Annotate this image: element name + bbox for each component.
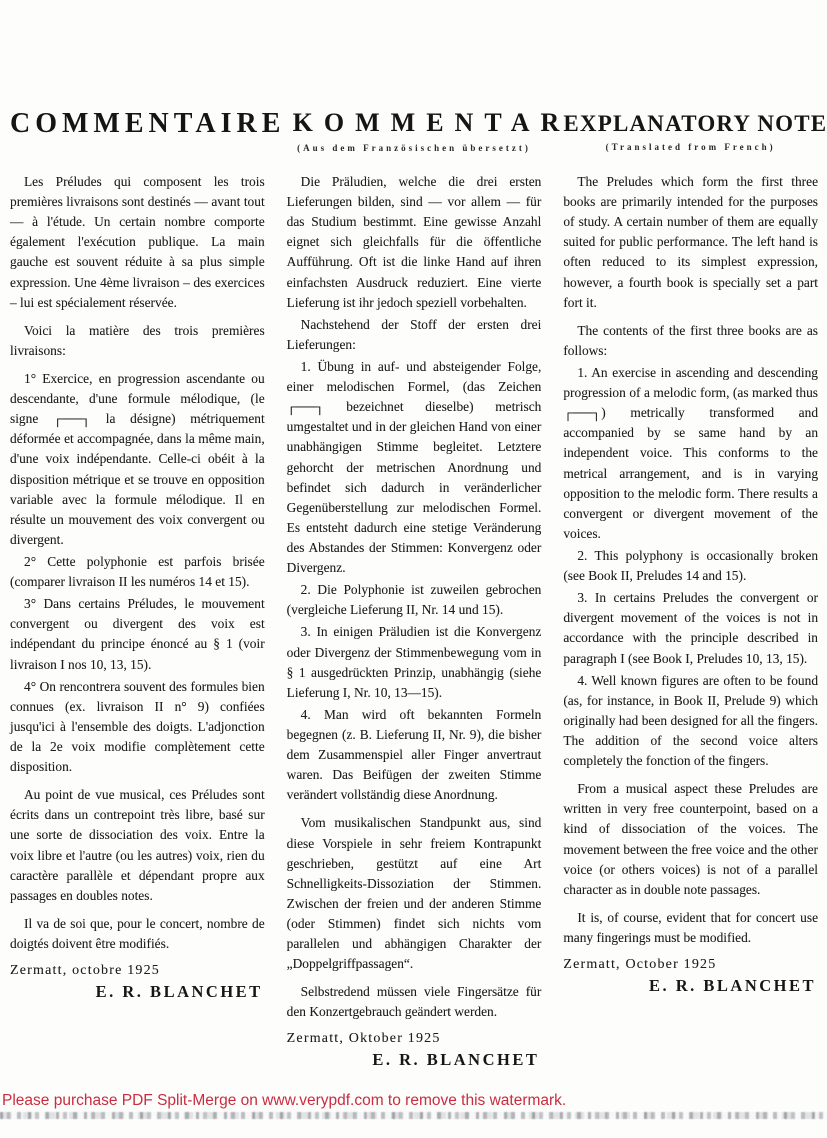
paragraph: Selbstredend müssen viele Fingersätze fü… xyxy=(287,982,542,1022)
column-french: COMMENTAIRE Les Préludes qui composent l… xyxy=(10,108,265,1070)
signature-german: E. R. BLANCHET xyxy=(287,1050,542,1070)
paragraph: Il va de soi que, pour le concert, nombr… xyxy=(10,914,265,954)
paragraph: 3. In certains Preludes the convergent o… xyxy=(563,588,818,668)
column-title-french: COMMENTAIRE xyxy=(10,108,265,140)
scan-noise-band xyxy=(0,1112,827,1119)
column-subtitle-german: (Aus dem Französischen übersetzt) xyxy=(287,143,542,153)
paragraph: 4° On rencontrera souvent des formules b… xyxy=(10,677,265,778)
column-subtitle-english: (Translated from French) xyxy=(563,142,818,152)
paragraph: 1. Übung in auf- und absteigender Folge,… xyxy=(287,357,542,578)
paragraph: 2. Die Polyphonie ist zuweilen gebrochen… xyxy=(287,580,542,620)
paragraph: 1. An exercise in ascending and descendi… xyxy=(563,363,818,544)
column-french-header: COMMENTAIRE xyxy=(10,108,265,172)
date-line-english: Zermatt, October 1925 xyxy=(563,957,818,973)
paragraph: Voici la matière des trois premières liv… xyxy=(10,321,265,361)
paragraph: Au point de vue musical, ces Préludes so… xyxy=(10,785,265,906)
signature-french: E. R. BLANCHET xyxy=(10,982,265,1002)
three-column-commentary: COMMENTAIRE Les Préludes qui composent l… xyxy=(10,108,818,1070)
paragraph: The contents of the first three books ar… xyxy=(563,321,818,361)
column-german-header: KOMMENTAR (Aus dem Französischen überset… xyxy=(287,108,542,172)
paragraph: 2. This polyphony is occasionally broken… xyxy=(563,546,818,586)
date-line-french: Zermatt, octobre 1925 xyxy=(10,963,265,979)
watermark-link[interactable]: Please purchase PDF Split-Merge on www.v… xyxy=(2,1092,566,1110)
column-english: EXPLANATORY NOTES (Translated from Frenc… xyxy=(563,108,818,1070)
paragraph: It is, of course, evident that for conce… xyxy=(563,908,818,948)
column-english-header: EXPLANATORY NOTES (Translated from Frenc… xyxy=(563,108,818,172)
paragraph: 3° Dans certains Préludes, le mouvement … xyxy=(10,594,265,674)
paragraph: 4. Well known figures are often to be fo… xyxy=(563,671,818,772)
paragraph: The Preludes which form the first three … xyxy=(563,172,818,313)
paragraph: Les Préludes qui composent les trois pre… xyxy=(10,172,265,313)
paragraph: Nachstehend der Stoff der ersten drei Li… xyxy=(287,315,542,355)
paragraph: 4. Man wird oft bekannten Formeln begegn… xyxy=(287,705,542,806)
scanned-document-page: COMMENTAIRE Les Préludes qui composent l… xyxy=(0,0,827,1138)
paragraph: Vom musikalischen Standpunkt aus, sind d… xyxy=(287,813,542,974)
paragraph: 2° Cette polyphonie est parfois brisée (… xyxy=(10,552,265,592)
paragraph: 1° Exercice, en progression ascendante o… xyxy=(10,369,265,550)
paragraph: From a musical aspect these Preludes are… xyxy=(563,779,818,900)
paragraph: Die Präludien, welche die drei ersten Li… xyxy=(287,172,542,313)
signature-english: E. R. BLANCHET xyxy=(563,976,818,996)
date-line-german: Zermatt, Oktober 1925 xyxy=(287,1031,542,1047)
paragraph: 3. In einigen Präludien ist die Konverge… xyxy=(287,622,542,702)
column-german: KOMMENTAR (Aus dem Französischen überset… xyxy=(287,108,542,1070)
column-title-german: KOMMENTAR xyxy=(287,108,542,138)
column-title-english: EXPLANATORY NOTES xyxy=(563,108,818,137)
